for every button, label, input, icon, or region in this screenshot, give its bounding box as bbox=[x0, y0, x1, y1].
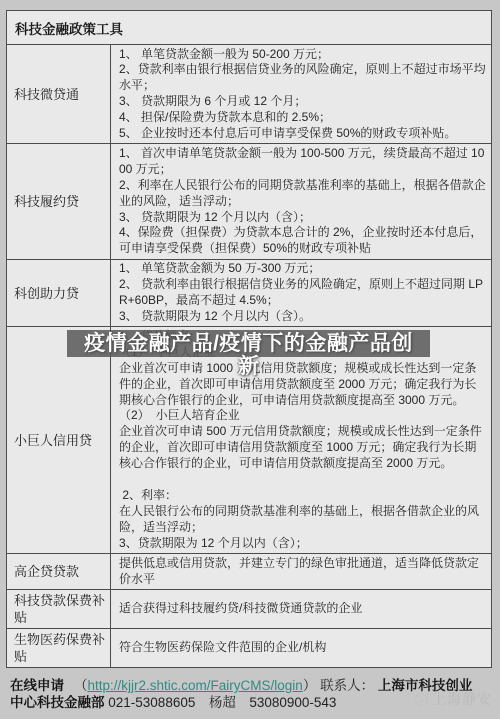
row-label: 小巨人信用贷 bbox=[7, 327, 111, 553]
row-content: 提供低息或信用贷款，并建立专门的绿色审批通道，适当降低贷款定价水平 bbox=[111, 554, 491, 589]
watermark: 上海静安 bbox=[415, 689, 492, 709]
table-row: 科创助力贷 1、 单笔贷款金额为 50 万-300 万元； 2、 贷款利率由银行… bbox=[7, 260, 491, 328]
table-row: 科技履约贷 1、 首次申请单笔贷款金额一般为 100-500 万元，续贷最高不超… bbox=[7, 144, 491, 259]
watermark-text: 上海静安 bbox=[432, 689, 492, 709]
row-content: 1、 单笔贷款金额一般为 50-200 万元； 2、贷款利率由银行根据信贷业务的… bbox=[111, 45, 491, 143]
contact-org-part2: 中心科技金融部 bbox=[10, 695, 105, 710]
jingan-logo-icon bbox=[415, 693, 428, 706]
row-content: 1、 单笔贷款金额为 50 万-300 万元； 2、 贷款利率由银行根据信贷业务… bbox=[111, 260, 491, 327]
paren-close: ） bbox=[303, 678, 317, 693]
screenshot-page: 科技金融政策工具 科技微贷通 1、 单笔贷款金额一般为 50-200 万元； 2… bbox=[0, 0, 500, 719]
table-row: 生物医药保费补贴 符合生物医药保险文件范围的企业/机构 bbox=[7, 629, 491, 667]
row-label: 高企贷贷款 bbox=[7, 554, 111, 589]
table-row: 科技贷款保费补贴 适合获得过科技履约贷/科技微贷通贷款的企业 bbox=[7, 590, 491, 629]
row-label: 科技微贷通 bbox=[7, 45, 111, 143]
apply-url-link[interactable]: http://kjjr2.shtic.com/FairyCMS/login bbox=[88, 678, 303, 693]
policy-table: 科技金融政策工具 科技微贷通 1、 单笔贷款金额一般为 50-200 万元； 2… bbox=[6, 10, 492, 668]
row-content: 适合获得过科技履约贷/科技微贷通贷款的企业 bbox=[111, 590, 491, 628]
row-label: 生物医药保费补贴 bbox=[7, 629, 111, 667]
row-content: 1、 首次申请单笔贷款金额一般为 100-500 万元，续贷最高不超过 1000… bbox=[111, 144, 491, 258]
row-content: 1、 贷款额度： （1） 小巨人企业 企业首次可申请 1000 万元信用贷款额度… bbox=[111, 327, 491, 553]
row-label: 科技履约贷 bbox=[7, 144, 111, 258]
row-content: 符合生物医药保险文件范围的企业/机构 bbox=[111, 629, 491, 667]
table-row: 高企贷贷款 提供低息或信用贷款，并建立专门的绿色审批通道，适当降低贷款定价水平 bbox=[7, 554, 491, 590]
table-row: 科技微贷通 1、 单笔贷款金额一般为 50-200 万元； 2、贷款利率由银行根… bbox=[7, 45, 491, 144]
table-title: 科技金融政策工具 bbox=[7, 11, 491, 45]
contact-label: 联系人： bbox=[320, 678, 374, 693]
row-label: 科技贷款保费补贴 bbox=[7, 590, 111, 628]
row-label: 科创助力贷 bbox=[7, 260, 111, 327]
paren-open: （ bbox=[74, 678, 88, 693]
table-row: 小巨人信用贷 1、 贷款额度： （1） 小巨人企业 企业首次可申请 1000 万… bbox=[7, 327, 491, 554]
online-apply-label: 在线申请 bbox=[10, 678, 64, 693]
contact-details: 021-53088605 杨超 53080900-543 bbox=[108, 695, 336, 710]
